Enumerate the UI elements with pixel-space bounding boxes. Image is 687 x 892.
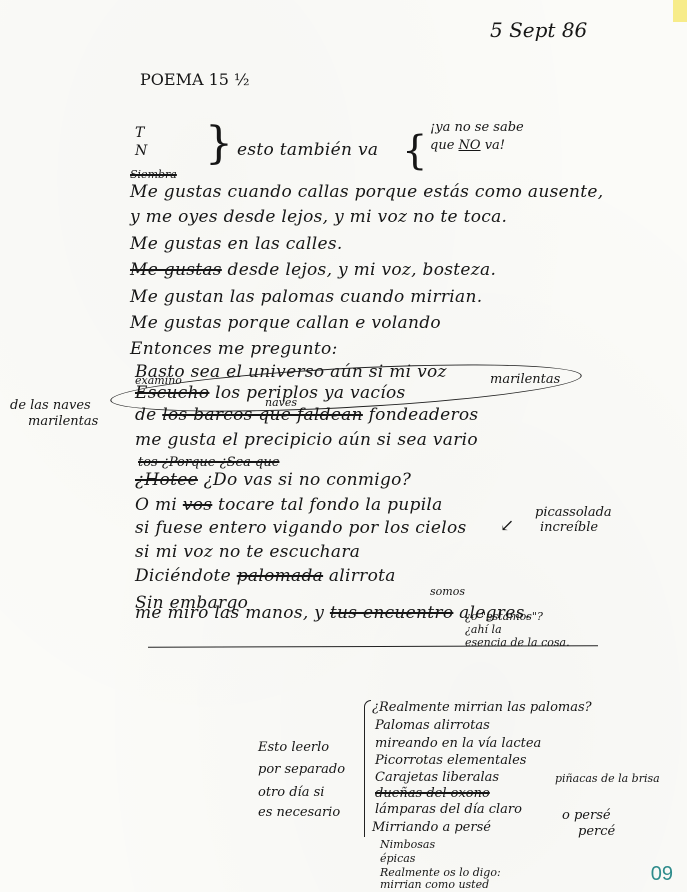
page-number: 09 [651,863,673,886]
poem-line-17: Diciéndote palomada alirrota [135,566,396,586]
poem-line-5: Me gustan las palomas cuando mirrian. [130,287,482,307]
poem-line-3: Me gustas en las calles. [130,234,343,254]
poem-line-12: tos ¿Porque ¿Sea que [138,455,279,470]
list-item-1: ¿Realmente mirrian las palomas? [372,700,592,715]
poem-line-2: y me oyes desde lejos, y mi voz no te to… [130,207,507,227]
sticky-note-tab [673,0,687,22]
poem-line-6: Me gustas porque callan e volando [130,313,441,333]
perse-note-1: o persé [562,808,611,823]
list-item-12: mirrian como usted [380,878,489,891]
header-note-right-1: ¡ya no se sabe [430,120,524,135]
estamos-note-3: esencia de la cosa. [465,636,570,649]
poem-line-10: de los barcos que faldean fondeaderos [135,405,478,425]
manuscript-page: 5 Sept 86 POEMA 15 ½ T N } esto también … [0,0,687,892]
header-note-right-2: que NO va! [430,138,505,153]
page-title: POEMA 15 ½ [140,70,250,89]
marilentas-note: marilentas [490,372,560,387]
date: 5 Sept 86 [490,18,587,42]
poem-line-7: Entonces me pregunto: [130,339,338,359]
list-item-3: mireando en la vía lactea [375,736,541,751]
header-note-middle: esto también va [237,140,378,160]
estamos-note-2: ¿ahí la [465,623,502,636]
poem-line-15: si fuese entero vigando por los cielos [135,518,467,538]
bracket-line [364,700,371,837]
poem-line-16: si mi voz no te escuchara [135,542,360,562]
bottom-left-note-2: por separado [258,762,345,777]
bottom-left-note-3: otro día si [258,785,324,800]
list-item-5: Carajetas liberalas [375,770,499,785]
arrow-icon: ↙ [500,516,515,536]
right-brace-icon: } [205,118,233,169]
mark-t: T [135,125,144,141]
bottom-left-note-4: es necesario [258,805,340,820]
poem-line-1: Me gustas cuando callas porque estás com… [130,182,603,202]
list-item-2: Palomas alirrotas [375,718,490,733]
poem-line-4: Me gustas desde lejos, y mi voz, bosteza… [130,260,496,280]
perse-note-2: percé [578,824,615,839]
struck-word: Siembra [130,168,177,181]
poem-line-13: ¿Hotee ¿Do vas si no conmigo? [135,470,411,490]
list-item-8: Mirriando a persé [372,820,491,835]
list-item-10: épicas [380,852,415,865]
estamos-note-1: ¿o "estamos"? [465,610,543,623]
poem-line-14: O mi vos tocare tal fondo la pupila [135,495,443,515]
list-item-6: dueñas del oxono [375,786,490,801]
list-item-9: Nimbosas [380,838,435,851]
poem-line-11: me gusta el precipicio aún si sea vario [135,430,478,450]
mark-n: N [135,143,147,159]
left-margin-note-2: marilentas [28,414,98,429]
left-brace-icon: { [402,128,427,174]
insert-somos: somos [430,585,465,598]
list-item-4: Picorrotas elementales [375,753,526,768]
list-item-7: lámparas del día claro [375,802,522,817]
right-note-1: picassolada [535,505,612,520]
list-side-note: piñacas de la brisa [555,772,660,785]
left-margin-note-1: de las naves [10,398,91,413]
bottom-left-note-1: Esto leerlo [258,740,329,755]
right-note-2: increíble [540,520,598,535]
